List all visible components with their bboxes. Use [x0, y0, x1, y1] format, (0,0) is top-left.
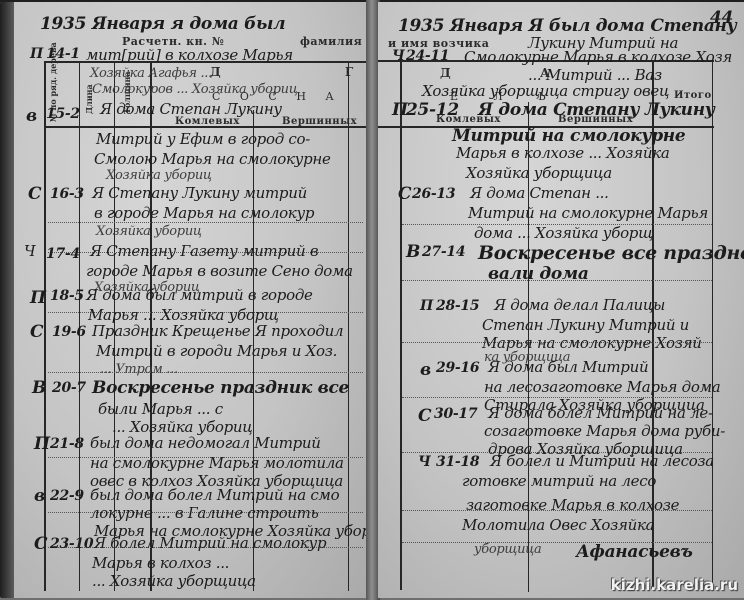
entry-line: Митрий в городи Марья и Хоз.	[96, 342, 337, 360]
entry-weekday: Ч	[392, 48, 404, 64]
entry-weekday: В	[406, 242, 420, 262]
entry-weekday: С	[30, 322, 43, 342]
left-page: Расчетн. кн. № фамилия Д Г С О С Н А Ком…	[0, 2, 370, 598]
entry-line: Я болел Митрий на смолокур	[94, 534, 326, 552]
entry-date: 26-13	[412, 186, 455, 202]
entry-weekday: П	[34, 434, 50, 454]
entry-line: Марья в колхоз ...	[92, 554, 229, 572]
entry-line: Я Степану Лукину митрий	[92, 184, 307, 202]
handwritten-header-line: 1935 Января Я был дома Степану	[398, 16, 737, 36]
entry-line: готовке митрий на лесо	[462, 472, 656, 490]
entry-line: Молотила Овес Хозяйка	[462, 516, 654, 534]
entry-line: Степан Лукину Митрий и	[482, 316, 689, 334]
entry-line: Я дома был Митрий	[488, 358, 648, 376]
entry-weekday: С	[28, 184, 41, 204]
entry-line: вали дома	[488, 264, 589, 284]
table-rule	[712, 60, 713, 590]
entry-weekday: П	[420, 298, 433, 314]
entry-date: 30-17	[434, 406, 477, 422]
entry-date: 17-4	[46, 246, 80, 262]
row-rule	[48, 222, 363, 223]
entry-line: были Марья ... с	[98, 400, 223, 418]
entry-date: 16-3	[50, 186, 84, 202]
entry-line: ... Хозяйка уборщица	[92, 572, 256, 590]
entry-weekday: С	[398, 184, 411, 204]
entry-line: Я дома Степану Лукину	[478, 100, 715, 120]
right-page: и имя возчика Д А Е Л Ь Комлевых Вершинн…	[378, 2, 744, 598]
entry-line: Смолокурне Марья в колхозе Хозя	[464, 48, 732, 66]
entry-date: 27-14	[422, 244, 465, 260]
signature: Афанасьевъ	[576, 542, 693, 562]
printed-header-surname: фамилия	[300, 35, 362, 48]
entry-date: 23-10	[50, 536, 93, 552]
entry-line: Митрий на смолокурне	[452, 126, 685, 146]
entry-line: на смолокурне Марья молотила	[90, 454, 344, 472]
handwritten-header-line: Хозяйка Агафья ...	[90, 66, 212, 81]
entry-date: 28-15	[436, 298, 479, 314]
entry-line: был дома болел Митрий на смо	[90, 486, 339, 504]
entry-weekday: Ч	[418, 454, 430, 470]
entry-line: Я дома болел Митрий на ле-	[488, 404, 713, 422]
entry-line: в городе Марья на смолокур	[94, 204, 314, 222]
entry-line: Я дома Степан ...	[470, 184, 609, 202]
entry-weekday: В	[32, 378, 46, 398]
watermark: kizhi.karelia.ru	[611, 576, 738, 594]
entry-line: на лесозаготовке Марья дома	[484, 378, 720, 396]
entry-line: Я дома делал Палицы	[494, 296, 665, 314]
entry-line: уборщица	[474, 542, 541, 557]
entry-weekday: С	[418, 406, 431, 426]
entry-line: Марья в колхозе ... Хозяйка	[456, 144, 669, 162]
printed-section-letter: Д	[440, 66, 451, 80]
entry-line: Хозяйка уборщица	[466, 164, 612, 182]
printed-section-letter: Г	[345, 65, 354, 79]
entry-weekday: в	[420, 360, 431, 380]
entry-line: Я дома Степан Лукину	[100, 100, 282, 118]
book-spread: Расчетн. кн. № фамилия Д Г С О С Н А Ком…	[0, 0, 744, 600]
entry-line: Я дома был митрий в городе	[86, 286, 313, 304]
entry-date: 21-8	[50, 436, 84, 452]
row-rule	[48, 372, 363, 373]
entry-line: дома ... Хозяйка уборщ	[474, 224, 653, 242]
entry-weekday: П	[30, 288, 46, 308]
entry-line: Хозяйка убориц	[106, 168, 212, 183]
entry-weekday: Ч	[24, 242, 35, 260]
entry-date: 14-1	[46, 46, 80, 62]
entry-line: был дома недомогал Митрий	[90, 434, 321, 452]
entry-line: Воскресенье все праздно	[478, 242, 744, 264]
table-rule	[44, 126, 370, 128]
entry-line: Смолокуров ... Хозяйка убориц	[92, 82, 298, 97]
entry-line: Хозяйка убориц	[96, 224, 202, 239]
entry-line: Воскресенье праздник все	[92, 378, 349, 398]
entry-line: заготовке Марья в колхозе	[466, 496, 679, 514]
entry-line: Праздник Крещенье Я проходил	[92, 322, 343, 340]
entry-weekday: П	[30, 46, 43, 62]
table-rule	[44, 61, 46, 591]
entry-date: 19-6	[52, 324, 86, 340]
entry-line: Митрий у Ефим в город со-	[96, 130, 310, 148]
entry-line: Митрий на смолокурне Марья	[468, 204, 708, 222]
entry-line: созаготовке Марья дома руби-	[484, 422, 725, 440]
entry-date: 24-11	[406, 48, 449, 64]
entry-line: Я Степану Газету митрий в	[90, 242, 318, 260]
entry-line: локурне ... в Галине строить	[90, 504, 318, 522]
entry-line: Смолою Марья на смолокурне	[94, 150, 331, 168]
entry-line: ... Утром ...	[100, 362, 178, 377]
entry-weekday: С	[34, 534, 47, 554]
entry-date: 15-2	[46, 106, 80, 122]
entry-weekday: в	[34, 486, 45, 506]
entry-date: 22-9	[50, 488, 84, 504]
entry-date: 20-7	[52, 380, 86, 396]
entry-line: Я болел и Митрий на лесоза	[490, 452, 714, 470]
entry-date: 29-16	[436, 360, 479, 376]
entry-weekday: в	[26, 106, 37, 126]
page-edge-shadow	[0, 2, 14, 598]
entry-date: 31-18	[436, 454, 479, 470]
entry-line: Хозяйка уборщица стригу овец	[422, 82, 669, 100]
entry-date: 25-12	[406, 100, 459, 120]
handwritten-header-line: 1935 Января я дома был	[40, 14, 285, 34]
entry-date: 18-5	[50, 288, 84, 304]
entry-line: городе Марья в возите Сено дома	[86, 262, 353, 280]
page-number: 44	[710, 8, 733, 28]
handwritten-header-line: мит[рий] в колхозе Марья	[86, 46, 293, 64]
